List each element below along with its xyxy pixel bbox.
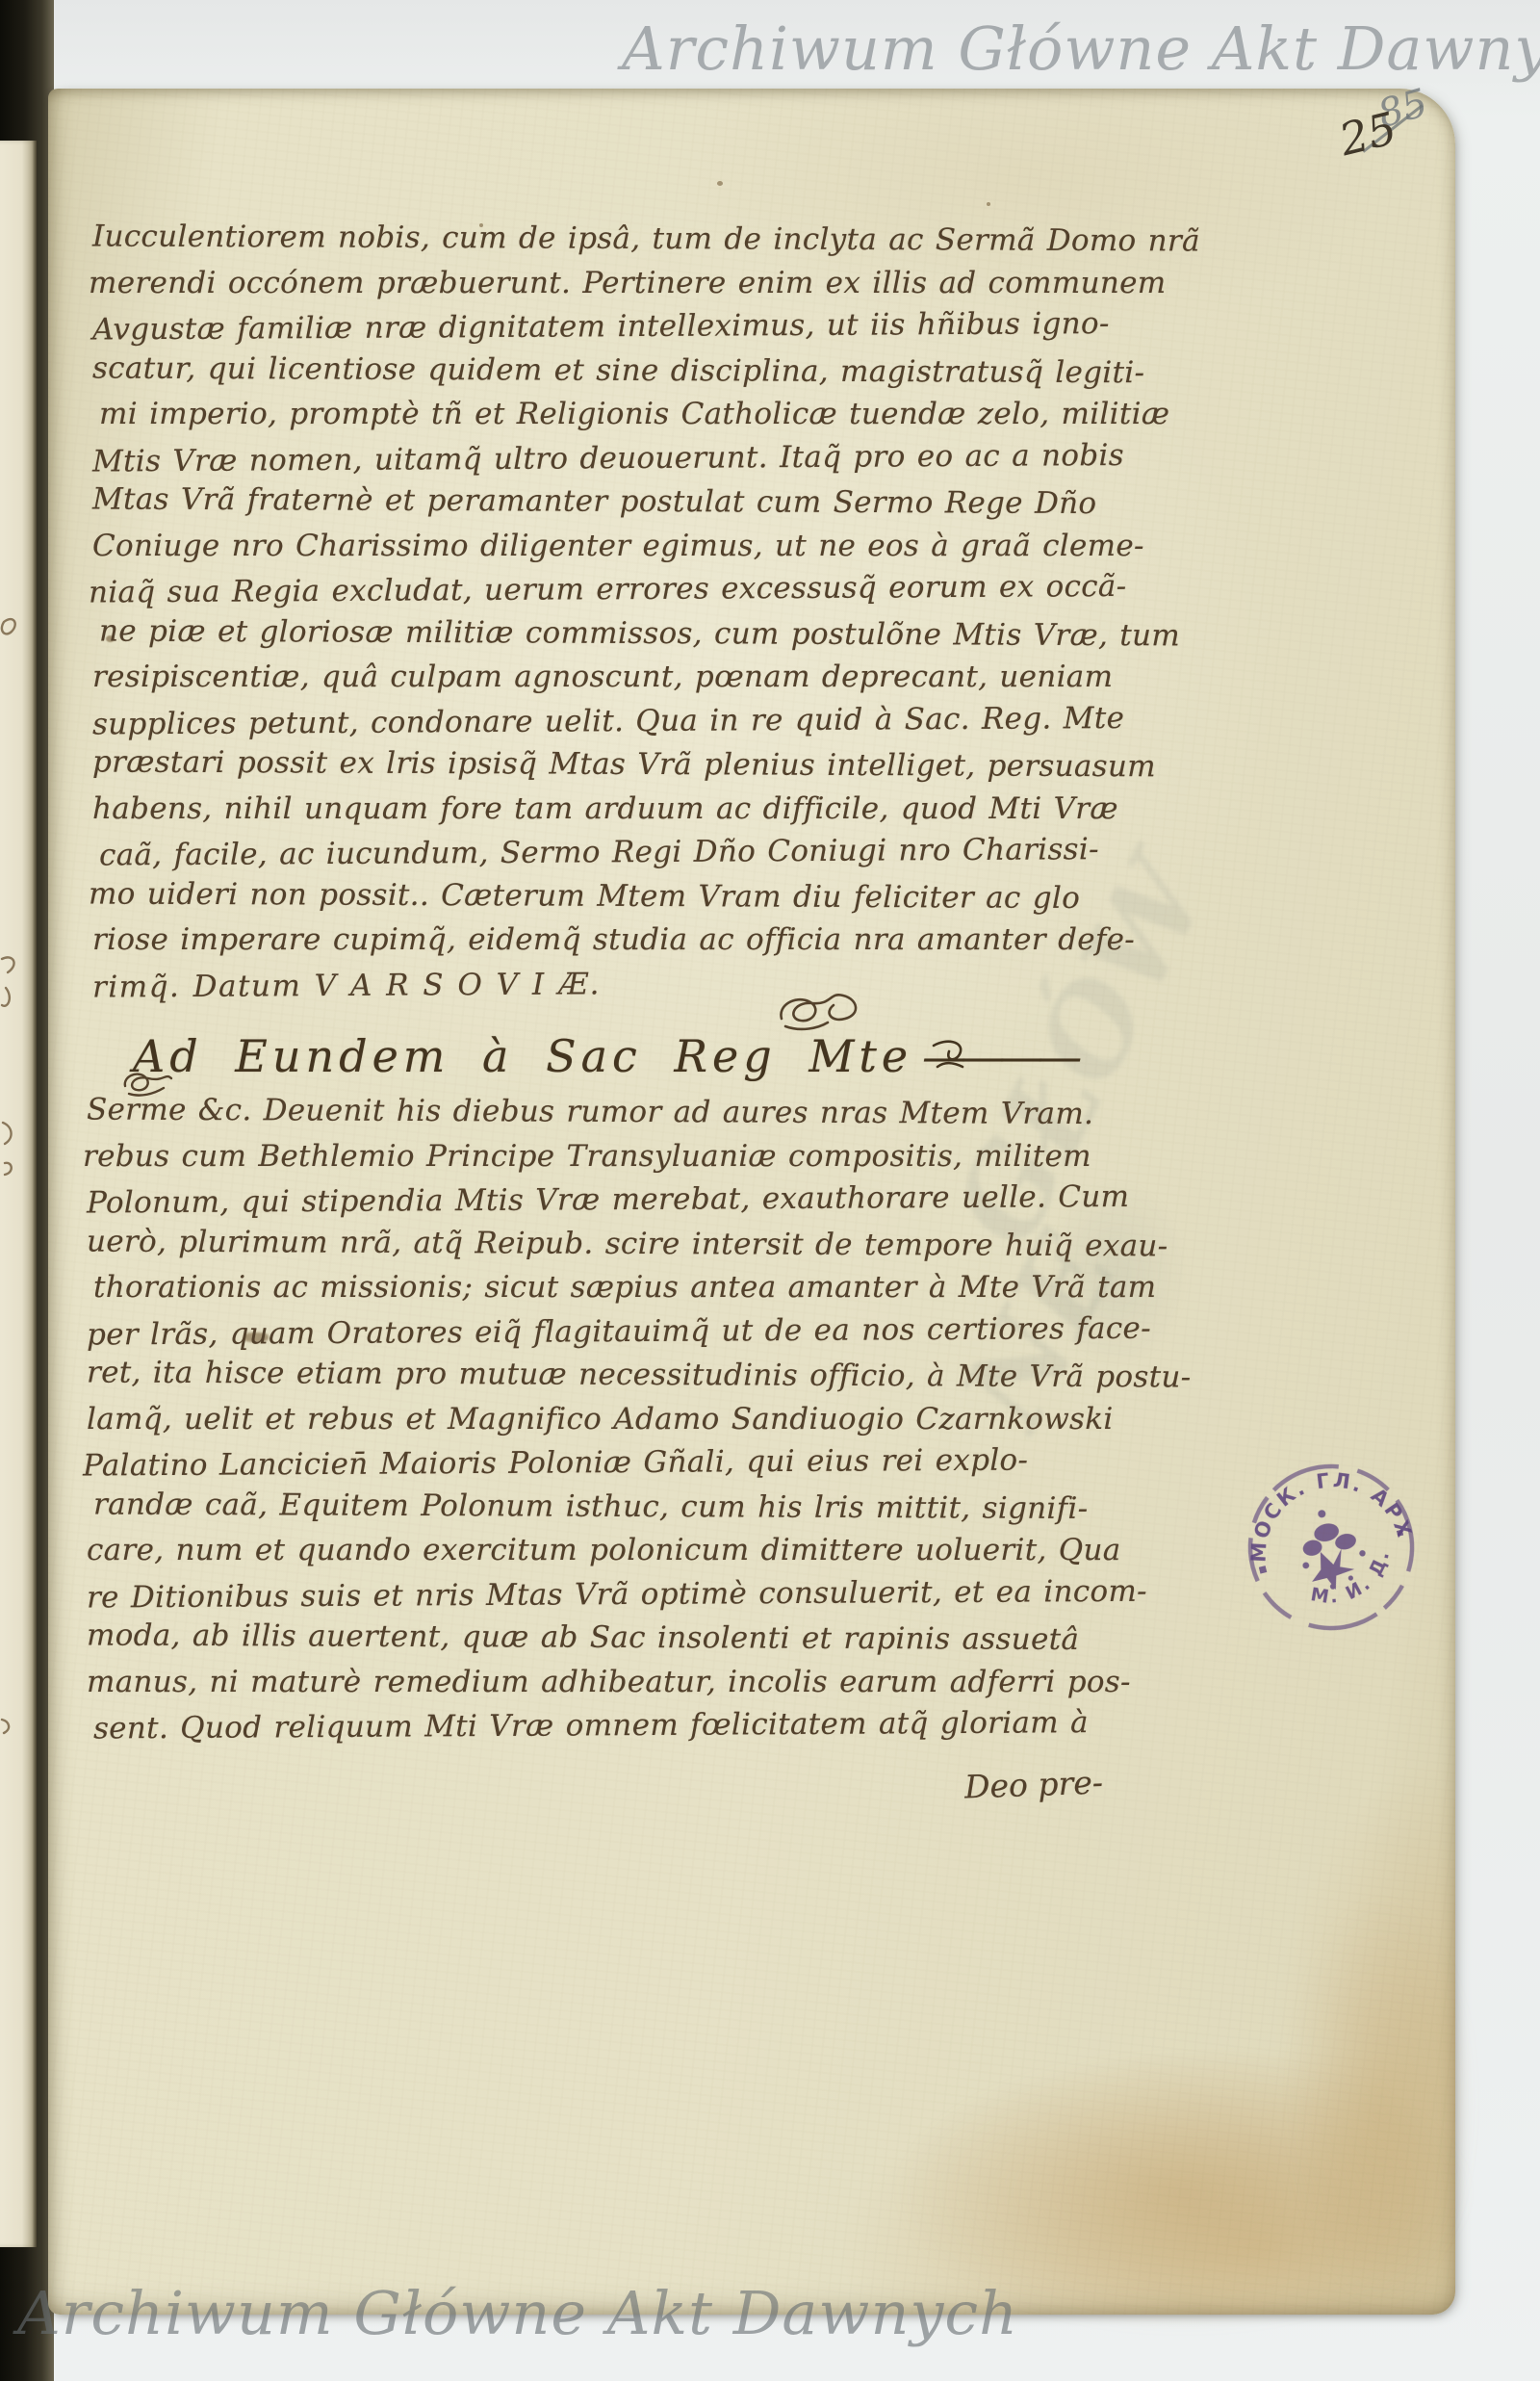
- manuscript-page: GŁÓW NE 85 25 Iucculentiorem nobis, cum …: [48, 89, 1455, 2315]
- manuscript-line: supplices petunt, condonare uelit. Qua i…: [92, 696, 1200, 747]
- manuscript-line: mo uideri non possit.. Cæterum Mtem Vram…: [89, 872, 1200, 921]
- letter-1-text: Iucculentiorem nobis, cum de ipsâ, tum d…: [92, 218, 1200, 1006]
- manuscript-line: caã, facile, ac iucundum, Sermo Regi Dño…: [99, 828, 1200, 878]
- manuscript-line: uerò, plurimum nrã, atq̃ Reipub. scire i…: [87, 1220, 1192, 1269]
- manuscript-line: re Ditionibus suis et nris Mtas Vrã opti…: [87, 1569, 1192, 1620]
- manuscript-line: Serme &c. Deuenit his diebus rumor ad au…: [87, 1088, 1192, 1137]
- manuscript-line: per lrãs, quam Oratores eiq̃ flagitauimq…: [87, 1307, 1192, 1358]
- section-heading-text: Ad Eundem à Sac Reg Mte: [133, 1030, 912, 1082]
- manuscript-line: riose imperare cupimq̃, eidemq̃ studia a…: [92, 919, 1200, 963]
- manuscript-line: Coniuge nro Charissimo diligenter egimus…: [92, 525, 1200, 569]
- catchword: Deo pre-: [963, 1764, 1103, 1806]
- manuscript-line: Avgustæ familiæ nræ dignitatem intellexi…: [92, 301, 1200, 352]
- manuscript-line: Mtas Vrã fraternè et peramanter postulat…: [92, 478, 1200, 527]
- manuscript-line: niaq̃ sua Regia excludat, uerum errores …: [89, 564, 1200, 615]
- archival-scan: GŁÓW NE 85 25 Iucculentiorem nobis, cum …: [0, 0, 1540, 2381]
- manuscript-line: ret, ita hisce etiam pro mutuæ necessitu…: [87, 1351, 1192, 1400]
- manuscript-line: rimq̃. Datum V A R S O V I Æ.: [92, 959, 1200, 1010]
- facing-page-edge: [0, 141, 37, 2247]
- manuscript-line: lamq̃, uelit et rebus et Magnifico Adamo…: [87, 1398, 1191, 1442]
- manuscript-line: merendi occónem præbuerunt. Pertinere en…: [89, 262, 1200, 306]
- archive-ink-stamp: МОСК. ГЛ. АРХИВЪ М. И. Д.: [1219, 1436, 1444, 1660]
- manuscript-line: Palatino Lancicien̄ Maioris Poloniæ Gñal…: [83, 1437, 1192, 1488]
- manuscript-line: Mtis Vræ nomen, uitamq̃ ultro deuouerunt…: [92, 433, 1200, 484]
- archive-watermark-top: Archiwum Główne Akt Dawnych: [622, 13, 1540, 84]
- manuscript-line: care, num et quando exercitum polonicum …: [87, 1529, 1191, 1573]
- manuscript-line: sent. Quod reliquum Mti Vræ omnem fœlici…: [93, 1701, 1192, 1751]
- paper-stain: [1290, 1899, 1473, 2303]
- ink-speck: [987, 202, 990, 206]
- manuscript-line: randæ caã, Equitem Polonum isthuc, cum h…: [93, 1483, 1192, 1531]
- manuscript-line: mi imperio, promptè tñ et Religionis Cat…: [99, 393, 1200, 437]
- manuscript-line: Iucculentiorem nobis, cum de ipsâ, tum d…: [92, 215, 1200, 264]
- manuscript-line: habens, nihil unquam fore tam arduum ac …: [92, 788, 1200, 832]
- knot-flourish-icon: [776, 990, 868, 1034]
- letter-2-text: Serme &c. Deuenit his diebus rumor ad au…: [87, 1091, 1191, 1748]
- manuscript-line: resipiscentiæ, quâ culpam agnoscunt, pœn…: [92, 656, 1200, 700]
- facing-page-ink-marks: [0, 141, 37, 2247]
- folio-number: 25: [1334, 102, 1401, 167]
- manuscript-line: rebus cum Bethlemio Principe Transyluani…: [83, 1135, 1191, 1179]
- manuscript-line: scatur, qui licentiose quidem et sine di…: [92, 347, 1200, 396]
- manuscript-line: manus, ni maturè remedium adhibeatur, in…: [87, 1661, 1191, 1705]
- manuscript-line: Polonum, qui stipendia Mtis Vræ merebat,…: [87, 1175, 1192, 1226]
- manuscript-line: ne piæ et gloriosæ militiæ commissos, cu…: [99, 609, 1200, 658]
- manuscript-line: præstari possit ex lris ipsisq̃ Mtas Vrã…: [92, 740, 1200, 789]
- archive-watermark-bottom: Archiwum Główne Akt Dawnych: [17, 2278, 1018, 2348]
- manuscript-line: thorationis ac missionis; sicut sæpius a…: [93, 1266, 1191, 1310]
- heading-flourish-icon: [930, 1038, 968, 1071]
- ink-speck: [717, 181, 723, 186]
- manuscript-line: moda, ab illis auertent, quæ ab Sac inso…: [87, 1614, 1192, 1663]
